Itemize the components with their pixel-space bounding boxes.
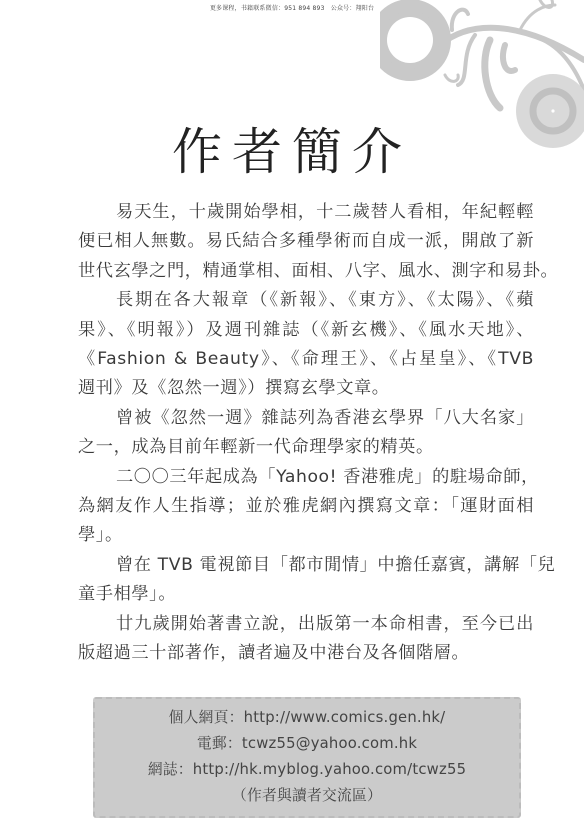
text-line: 學」。	[78, 521, 534, 550]
blog-link[interactable]: 網誌：http://hk.myblog.yahoo.com/tcwz55	[95, 757, 519, 783]
text-line: 易天生，十歲開始學相，十二歲替人看相，年紀輕輕	[78, 198, 534, 227]
email-link[interactable]: 電郵：tcwz55@yahoo.com.hk	[95, 731, 519, 757]
contact-info-box: 個人網頁：http://www.comics.gen.hk/ 電郵：tcwz55…	[93, 697, 521, 818]
page-title: 作者簡介	[0, 112, 584, 184]
paragraph-6: 廿九歲開始著書立說，出版第一本命相書，至今已出 版超過三十部著作，讀者遍及中港台…	[78, 610, 534, 669]
text-line: 二〇〇三年起成為「Yahoo! 香港雅虎」的駐場命師，	[78, 463, 534, 492]
text-line: 果》、《明報》）及週刊雜誌（《新玄機》、《風水天地》、	[78, 316, 534, 345]
text-line: 版超過三十部著作，讀者遍及中港台及各個階層。	[78, 639, 534, 668]
text-line: 為網友作人生指導；並於雅虎網內撰寫文章：「運財面相	[78, 492, 534, 521]
text-line: 曾在 TVB 電視節目「都市閒情」中擔任嘉賓，講解「兒	[78, 551, 534, 580]
personal-website-link[interactable]: 個人網頁：http://www.comics.gen.hk/	[95, 705, 519, 731]
text-line: 曾被《忽然一週》雜誌列為香港玄學界「八大名家」	[78, 404, 534, 433]
text-line: 童手相學」。	[78, 580, 534, 609]
paragraph-4: 二〇〇三年起成為「Yahoo! 香港雅虎」的駐場命師， 為網友作人生指導；並於雅…	[78, 463, 534, 551]
text-line: 週刊》及《忽然一週》）撰寫玄學文章。	[78, 374, 534, 403]
text-line: 廿九歲開始著書立說，出版第一本命相書，至今已出	[78, 610, 534, 639]
text-line: 長期在各大報章（《新報》、《東方》、《太陽》、《蘋	[78, 286, 534, 315]
blog-note: （作者與讀者交流區）	[95, 783, 519, 809]
text-line: 世代玄學之門，精通掌相、面相、八字、風水、測字和易卦。	[78, 257, 534, 286]
paragraph-1: 易天生，十歲開始學相，十二歲替人看相，年紀輕輕 便已相人無數。易氏結合多種學術而…	[78, 198, 534, 286]
paragraph-5: 曾在 TVB 電視節目「都市閒情」中擔任嘉賓，講解「兒 童手相學」。	[78, 551, 534, 610]
paragraph-2: 長期在各大報章（《新報》、《東方》、《太陽》、《蘋 果》、《明報》）及週刊雜誌（…	[78, 286, 534, 404]
biography-body: 易天生，十歲開始學相，十二歲替人看相，年紀輕輕 便已相人無數。易氏結合多種學術而…	[78, 198, 534, 669]
paragraph-3: 曾被《忽然一週》雜誌列為香港玄學界「八大名家」 之一，成為目前年輕新一代命理學家…	[78, 404, 534, 463]
text-line: 之一，成為目前年輕新一代命理學家的精英。	[78, 433, 534, 462]
text-line: 《Fashion & Beauty》、《命理王》、《占星皇》、《TVB	[78, 345, 534, 374]
text-line: 便已相人無數。易氏結合多種學術而自成一派，開啟了新	[78, 227, 534, 256]
